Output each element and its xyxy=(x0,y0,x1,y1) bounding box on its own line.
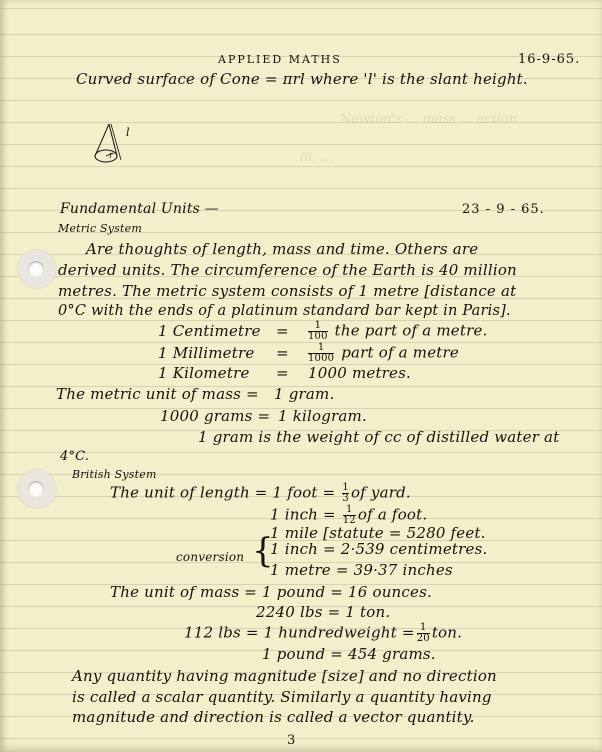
metric-value: part of a metre xyxy=(341,344,459,362)
fraction: 112 xyxy=(343,505,356,526)
metric-mass-line: 1000 grams =1 kilogram. xyxy=(160,407,367,425)
fraction: 120 xyxy=(417,623,430,644)
paragraph-line: metres. The metric system consists of 1 … xyxy=(58,282,516,300)
metric-value: the part of a metre. xyxy=(335,322,488,340)
mass-value: 1 kilogram. xyxy=(278,407,367,425)
british-mass-line: The unit of mass = 1 pound = 16 ounces. xyxy=(110,583,432,601)
equals: = xyxy=(276,364,308,382)
conversion-line: 1 inch = 2·539 centimetres. xyxy=(270,540,487,558)
metric-subheading: Metric System xyxy=(58,220,142,238)
british-length-line: The unit of length = 1 foot = 13of yard. xyxy=(110,483,411,504)
equals: = xyxy=(276,344,306,362)
equals: = xyxy=(323,506,336,524)
metric-unit: 1 Centimetre xyxy=(158,322,276,340)
bleed-through-text: Newton's ... mass ... action xyxy=(340,112,517,127)
metric-mass-line: 4°C. xyxy=(60,448,89,466)
page-title: APPLIED MATHS xyxy=(218,51,342,69)
mass-label: 1000 grams = xyxy=(160,407,278,425)
metric-value: 1000 metres. xyxy=(308,364,411,382)
british-subheading: British System xyxy=(72,466,157,484)
bleed-through-text: iii. ... xyxy=(300,150,333,165)
cone-diagram-icon xyxy=(90,120,140,170)
hundredweight-value: ton. xyxy=(432,624,462,642)
length-unit: The unit of length = 1 foot xyxy=(110,484,318,502)
paragraph-line: 0°C with the ends of a platinum standard… xyxy=(58,302,511,320)
metric-mass-line: The metric unit of mass =1 gram. xyxy=(56,385,334,403)
cone-radius-label: r xyxy=(109,147,114,165)
fraction: 13 xyxy=(342,483,349,504)
fraction: 11000 xyxy=(308,343,334,364)
cone-formula: Curved surface of Cone = πrl where 'l' i… xyxy=(76,70,528,88)
hundredweight-label: 112 lbs = 1 hundredweight = xyxy=(184,624,415,642)
metric-mass-line: 1 gram is the weight of cc of distilled … xyxy=(198,428,559,446)
equals: = xyxy=(276,322,306,340)
definition-line: Any quantity having magnitude [size] and… xyxy=(72,667,497,685)
inch-value: of a foot. xyxy=(358,506,427,524)
conversion-line: 1 metre = 39·37 inches xyxy=(270,561,453,579)
page-number: 3 xyxy=(287,733,295,748)
metric-row: 1 Kilometre=1000 metres. xyxy=(158,364,411,382)
length-value: of yard. xyxy=(351,484,411,502)
punch-hole-top xyxy=(18,250,56,288)
cone-slant-label: l xyxy=(126,124,130,142)
british-mass-line: 1 pound = 454 grams. xyxy=(262,645,436,663)
british-inch-line: 1 inch = 112of a foot. xyxy=(270,505,427,526)
metric-unit: 1 Millimetre xyxy=(158,344,276,362)
header-date: 16-9-65. xyxy=(518,51,580,69)
mass-label: The metric unit of mass = xyxy=(56,385,274,403)
british-mass-line: 112 lbs = 1 hundredweight =120ton. xyxy=(184,623,462,644)
punch-hole-bottom xyxy=(18,470,56,508)
mass-value: 1 gram. xyxy=(274,385,334,403)
metric-row: 1 Millimetre=11000 part of a metre xyxy=(158,343,459,364)
conversion-label: conversion xyxy=(176,548,244,566)
notebook-page: Newton's ... mass ... action iii. ... AP… xyxy=(0,0,602,752)
british-mass-line: 2240 lbs = 1 ton. xyxy=(256,603,390,621)
section-title: Fundamental Units — xyxy=(60,200,219,218)
metric-unit: 1 Kilometre xyxy=(158,364,276,382)
metric-row: 1 Centimetre=1100 the part of a metre. xyxy=(158,321,488,342)
definition-line: magnitude and direction is called a vect… xyxy=(72,708,475,726)
fraction: 1100 xyxy=(308,321,328,342)
paragraph-line: Are thoughts of length, mass and time. O… xyxy=(86,240,478,258)
equals: = xyxy=(323,484,336,502)
definition-line: is called a scalar quantity. Similarly a… xyxy=(72,688,492,706)
paragraph-line: derived units. The circumference of the … xyxy=(58,261,517,279)
inch-unit: 1 inch xyxy=(270,506,318,524)
section-date: 23 - 9 - 65. xyxy=(462,201,545,219)
